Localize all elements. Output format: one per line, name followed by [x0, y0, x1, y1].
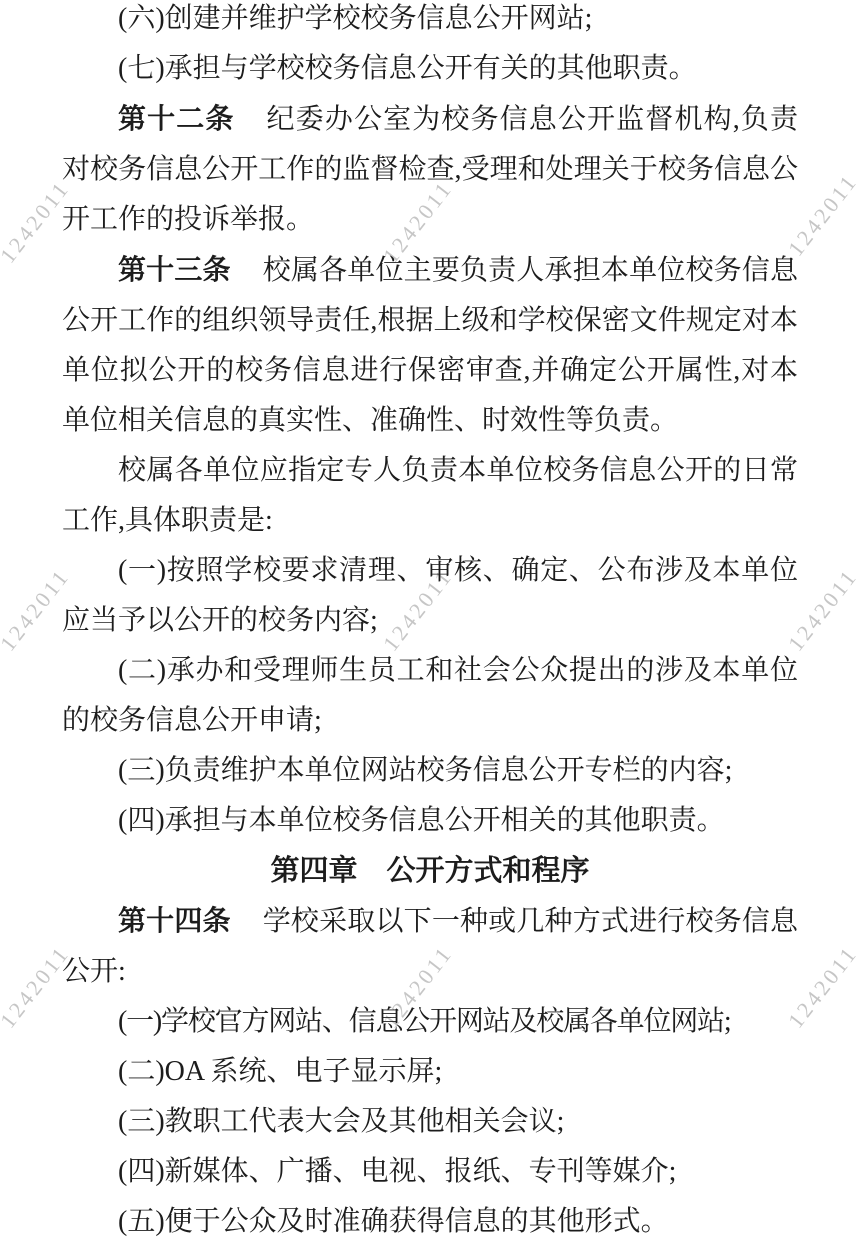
method-item-5: (五)便于公众及时准确获得信息的其他形式。: [62, 1197, 798, 1239]
article-14: 第十四条学校采取以下一种或几种方式进行校务信息公开:: [62, 896, 798, 997]
duty-item-3: (三)负责维护本单位网站校务信息公开专栏的内容;: [62, 746, 798, 796]
duty-item-4: (四)承担与本单位校务信息公开相关的其他职责。: [62, 796, 798, 846]
document-content: (六)创建并维护学校校务信息公开网站; (七)承担与学校校务信息公开有关的其他职…: [62, 0, 798, 1239]
duty-item-1: (一)按照学校要求清理、审核、确定、公布涉及本单位应当予以公开的校务内容;: [62, 546, 798, 646]
method-item-3: (三)教职工代表大会及其他相关会议;: [62, 1097, 798, 1147]
carryover-item-7: (七)承担与学校校务信息公开有关的其他职责。: [62, 44, 798, 94]
chapter-4-heading: 第四章 公开方式和程序: [62, 846, 798, 896]
article-13-label: 第十三条: [118, 254, 231, 285]
method-item-1: (一)学校官方网站、信息公开网站及校属各单位网站;: [62, 997, 798, 1047]
duty-intro-paragraph: 校属各单位应指定专人负责本单位校务信息公开的日常工作,具体职责是:: [62, 446, 798, 546]
article-12-label: 第十二条: [118, 103, 235, 134]
method-item-4: (四)新媒体、广播、电视、报纸、专刊等媒介;: [62, 1147, 798, 1197]
article-12: 第十二条纪委办公室为校务信息公开监督机构,负责对校务信息公开工作的监督检查,受理…: [62, 94, 798, 245]
article-13: 第十三条校属各单位主要负责人承担本单位校务信息公开工作的组织领导责任,根据上级和…: [62, 245, 798, 446]
document-page: 1242011 1242011 1242011 1242011 1242011 …: [0, 0, 860, 1239]
article-14-label: 第十四条: [118, 905, 231, 936]
method-item-2: (二)OA 系统、电子显示屏;: [62, 1047, 798, 1097]
duty-item-2: (二)承办和受理师生员工和社会公众提出的涉及本单位的校务信息公开申请;: [62, 646, 798, 746]
carryover-item-6: (六)创建并维护学校校务信息公开网站;: [62, 0, 798, 44]
